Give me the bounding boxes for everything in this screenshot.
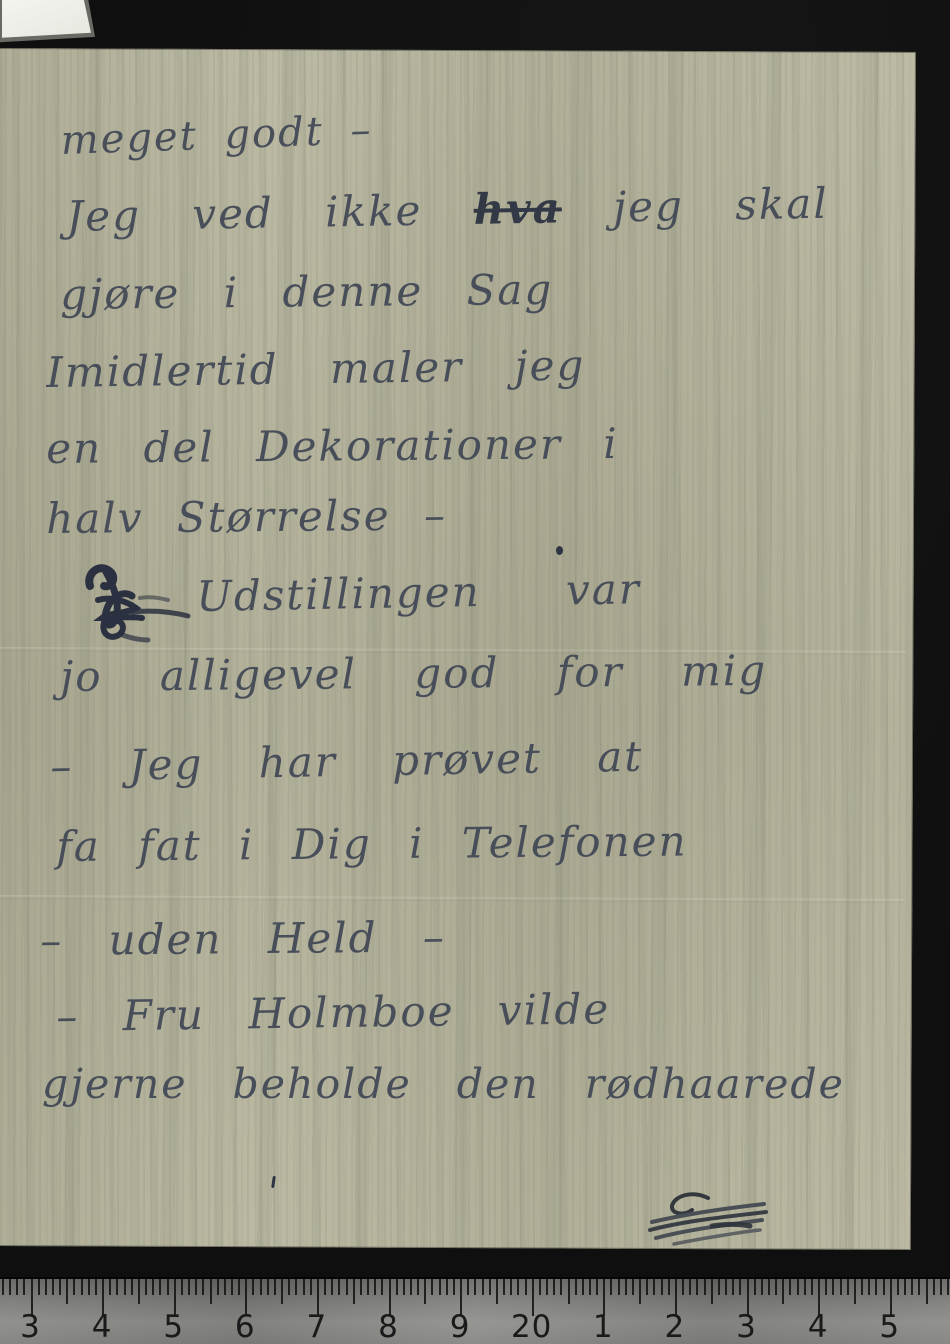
mm-tick [431, 1279, 433, 1295]
mm-tick [840, 1279, 842, 1295]
mm-tick [610, 1279, 612, 1295]
mm-tick [210, 1279, 212, 1304]
mm-tick [396, 1279, 398, 1295]
mm-tick [181, 1279, 183, 1295]
mm-tick [66, 1279, 68, 1304]
mm-tick [238, 1279, 240, 1295]
mm-tick [159, 1279, 161, 1295]
fold-crease [0, 895, 904, 903]
mm-tick [904, 1279, 906, 1295]
mm-tick [338, 1279, 340, 1295]
mm-tick [754, 1279, 756, 1295]
mm-tick [854, 1279, 856, 1304]
mm-tick [911, 1279, 913, 1295]
mm-tick [446, 1279, 448, 1295]
mm-tick [596, 1279, 598, 1295]
mm-tick [424, 1279, 426, 1304]
mm-tick [2, 1279, 4, 1295]
mm-tick [832, 1279, 834, 1295]
mm-tick [274, 1279, 276, 1295]
mm-tick [711, 1279, 713, 1304]
mm-tick [38, 1279, 40, 1295]
mm-tick [482, 1279, 484, 1295]
mm-tick [918, 1279, 920, 1295]
mm-tick [718, 1279, 720, 1295]
mm-tick [367, 1279, 369, 1295]
mm-tick [646, 1279, 648, 1295]
mm-tick [947, 1279, 949, 1295]
mm-tick [417, 1279, 419, 1295]
mm-tick [510, 1279, 512, 1295]
mm-tick [883, 1279, 885, 1295]
ruler-number: 9 [450, 1309, 471, 1344]
mm-tick [346, 1279, 348, 1295]
mm-tick [360, 1279, 362, 1295]
ruler-number: 8 [378, 1309, 399, 1344]
mm-tick [496, 1279, 498, 1304]
mm-tick [897, 1279, 899, 1295]
mm-tick [825, 1279, 827, 1295]
mm-tick [503, 1279, 505, 1295]
mm-tick [152, 1279, 154, 1295]
mm-tick [217, 1279, 219, 1295]
mm-tick [59, 1279, 61, 1295]
mm-tick [861, 1279, 863, 1295]
mm-tick [116, 1279, 118, 1295]
mm-tick [403, 1279, 405, 1295]
mm-tick [732, 1279, 734, 1295]
mm-tick [439, 1279, 441, 1295]
mm-tick [167, 1279, 169, 1295]
mm-tick [231, 1279, 233, 1295]
mm-tick [474, 1279, 476, 1295]
mm-tick [761, 1279, 763, 1295]
mm-tick [632, 1279, 634, 1295]
mm-tick [589, 1279, 591, 1295]
mm-tick [539, 1279, 541, 1295]
mm-tick [739, 1279, 741, 1295]
mm-tick [560, 1279, 562, 1295]
mm-tick [374, 1279, 376, 1295]
ruler-number: 4 [92, 1309, 113, 1344]
mm-tick [310, 1279, 312, 1295]
mm-tick [131, 1279, 133, 1295]
mm-tick [811, 1279, 813, 1295]
mm-tick [381, 1279, 383, 1295]
mm-tick [195, 1279, 197, 1295]
mm-tick [410, 1279, 412, 1295]
mm-tick [295, 1279, 297, 1295]
mm-tick [453, 1279, 455, 1295]
mm-tick [775, 1279, 777, 1295]
mm-tick [281, 1279, 283, 1304]
mm-tick [517, 1279, 519, 1295]
mm-tick [16, 1279, 18, 1295]
mm-tick [553, 1279, 555, 1295]
mm-tick [489, 1279, 491, 1295]
mm-tick [797, 1279, 799, 1295]
ruler-number: 5 [163, 1309, 184, 1344]
mm-tick [868, 1279, 870, 1295]
mm-tick [668, 1279, 670, 1295]
mm-tick [682, 1279, 684, 1295]
ruler-number: 6 [235, 1309, 256, 1344]
mm-tick [625, 1279, 627, 1295]
mm-tick [582, 1279, 584, 1295]
mm-tick [138, 1279, 140, 1304]
mm-tick [933, 1279, 935, 1295]
mm-tick [768, 1279, 770, 1295]
ruler-number: 1 [593, 1309, 614, 1344]
mm-tick [95, 1279, 97, 1295]
mm-tick [45, 1279, 47, 1295]
mm-tick [467, 1279, 469, 1295]
mm-tick [618, 1279, 620, 1295]
mm-tick [124, 1279, 126, 1295]
ruler-number: 5 [879, 1309, 900, 1344]
mm-tick [252, 1279, 254, 1295]
mm-tick [145, 1279, 147, 1295]
mm-tick [575, 1279, 577, 1295]
mm-tick [353, 1279, 355, 1304]
ruler-number: 7 [307, 1309, 328, 1344]
letter-paper [0, 48, 916, 1250]
mm-tick [188, 1279, 190, 1295]
mm-tick [81, 1279, 83, 1295]
fold-crease [0, 647, 905, 655]
mm-tick [789, 1279, 791, 1295]
ruler-number: 20 [511, 1309, 552, 1344]
mm-tick [88, 1279, 90, 1295]
mm-tick [23, 1279, 25, 1295]
ruler-number: 2 [665, 1309, 686, 1344]
ruler-number: 3 [20, 1309, 41, 1344]
mm-tick [224, 1279, 226, 1295]
mm-tick [331, 1279, 333, 1295]
mm-tick [324, 1279, 326, 1295]
mm-tick [260, 1279, 262, 1295]
ruler-number: 3 [736, 1309, 757, 1344]
mm-tick [782, 1279, 784, 1304]
mm-tick [9, 1279, 11, 1295]
mm-tick [546, 1279, 548, 1295]
mm-tick [267, 1279, 269, 1295]
mm-tick [696, 1279, 698, 1295]
mm-tick [704, 1279, 706, 1295]
mm-tick [725, 1279, 727, 1295]
mm-tick [73, 1279, 75, 1295]
mm-tick [303, 1279, 305, 1295]
mm-tick [661, 1279, 663, 1295]
mm-tick [202, 1279, 204, 1295]
mm-tick [288, 1279, 290, 1295]
ruler-number: 4 [808, 1309, 829, 1344]
ink-fleck [556, 546, 563, 555]
mm-tick [525, 1279, 527, 1295]
measuring-ruler: 34567892012345 [0, 1277, 950, 1344]
mm-tick [568, 1279, 570, 1304]
mm-tick [847, 1279, 849, 1295]
mm-tick [653, 1279, 655, 1295]
mm-tick [926, 1279, 928, 1304]
mm-tick [875, 1279, 877, 1295]
mm-tick [689, 1279, 691, 1295]
mm-tick [940, 1279, 942, 1295]
scanned-letter-stage: meget godt –Jeg ved ikke hva jeg skalgjø… [0, 0, 950, 1344]
mm-tick [109, 1279, 111, 1295]
mm-tick [639, 1279, 641, 1304]
mm-tick [804, 1279, 806, 1295]
mm-tick [52, 1279, 54, 1295]
